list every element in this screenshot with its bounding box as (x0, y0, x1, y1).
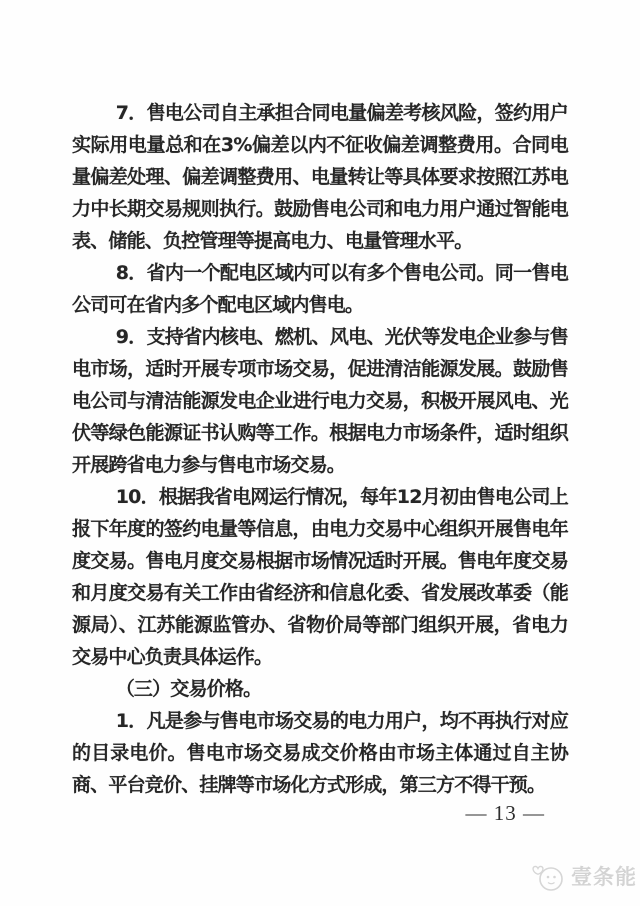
page-number: — 13 — (466, 801, 546, 826)
paragraph: 9．支持省内核电、燃机、风电、光伏等发电企业参与售电市场，适时开展专项市场交易，… (72, 321, 568, 481)
paragraph: 1．凡是参与售电市场交易的电力用户，均不再执行对应的目录电价。售电市场交易成交价… (72, 705, 568, 801)
watermark-label: 壹条能 (571, 867, 637, 888)
paragraph: 8．省内一个配电区域内可以有多个售电公司。同一售电公司可在省内多个配电区域内售电… (72, 257, 568, 321)
paragraph: 7．售电公司自主承担合同电量偏差考核风险，签约用户实际用电量总和在3%偏差以内不… (72, 97, 568, 257)
document-page: 7．售电公司自主承担合同电量偏差考核风险，签约用户实际用电量总和在3%偏差以内不… (0, 0, 640, 906)
mascot-face-icon (531, 861, 567, 893)
paragraph: 10．根据我省电网运行情况，每年12月初由售电公司上报下年度的签约电量等信息，由… (72, 481, 568, 673)
section-heading: （三）交易价格。 (72, 673, 568, 705)
document-body: 7．售电公司自主承担合同电量偏差考核风险，签约用户实际用电量总和在3%偏差以内不… (72, 97, 568, 801)
watermark: 壹条能 (531, 861, 637, 893)
